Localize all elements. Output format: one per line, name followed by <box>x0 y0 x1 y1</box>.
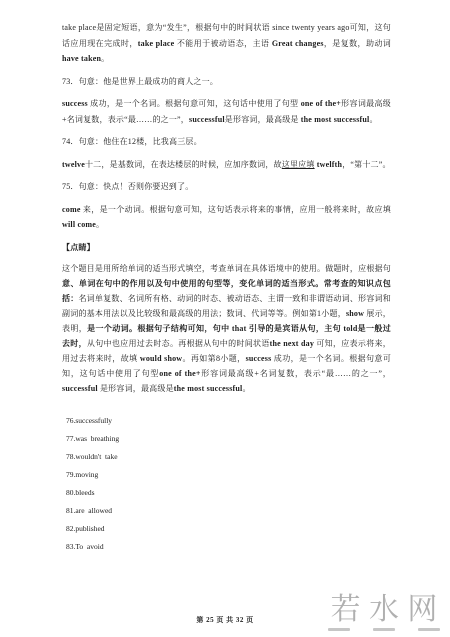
text-run: twelve <box>62 160 85 169</box>
text-run: 来，是一个动词。根据句意可知，这句话表示将来的事情，应用一般将来时，故应填 <box>83 205 391 214</box>
text-run: successful <box>62 384 98 393</box>
text-run: successful <box>189 115 225 124</box>
text-run: would show <box>140 354 182 363</box>
text-run: 。 <box>101 54 109 63</box>
text-run: 。 <box>96 220 104 229</box>
text-run: 是形容词，最高级是 <box>98 384 174 393</box>
text-run: come <box>62 205 83 214</box>
text-run: 。 <box>369 115 377 124</box>
watermark: 若 水 网 <box>324 594 444 631</box>
text-run: 十二，是基数词，在表达楼层的时候，应加序数词，故 <box>85 160 282 169</box>
text-run: success <box>246 354 272 363</box>
paragraph-takeplace-explanation: take place是固定短语，意为“发生”，根据句中的时间状语 since t… <box>62 20 391 67</box>
text-run: 这里应填 <box>282 160 315 169</box>
watermark-sub-mark <box>373 628 395 631</box>
answer-line-77: 77.was breathing <box>66 430 366 448</box>
text-run: success <box>62 99 90 108</box>
watermark-sub-mark <box>328 628 350 631</box>
answer-line-81: 81.are allowed <box>66 502 366 520</box>
answer-line-76: 76.successfully <box>66 412 366 430</box>
question-74-title: 74．句意：他住在12楼，比我高三层。 <box>62 134 391 150</box>
text-run: the most successful <box>174 384 243 393</box>
text-run: 形容词最高级+名词复数，表示“最……的之一”， <box>201 369 391 378</box>
answers-list: 76.successfully 77.was breathing 78.woul… <box>66 412 366 556</box>
question-75-title: 75．句意：快点！否则你要迟到了。 <box>62 179 391 195</box>
text-run: Great changes <box>272 39 324 48</box>
text-run: ，是复数，助动词 <box>324 39 391 48</box>
watermark-sub-mark <box>418 628 440 631</box>
watermark-text: 若 水 网 <box>324 594 444 626</box>
question-73-title: 73．句意：他是世界上最成功的商人之一。 <box>62 74 391 90</box>
question-74-explanation: twelve十二，是基数词，在表达楼层的时候，应加序数词，故这里应填 twelf… <box>62 157 391 173</box>
dianjing-section-header: 【点睛】 <box>62 240 391 256</box>
text-run: have taken <box>62 54 101 63</box>
answer-line-83: 83.To avoid <box>66 538 366 556</box>
answer-line-78: 78.wouldn't take <box>66 448 366 466</box>
text-run: 不能用于被动语态，主语 <box>177 39 272 48</box>
text-run: take place <box>138 39 177 48</box>
text-run: 这个题目是用所给单词的适当形式填空，考查单词在具体语境中的使用。做题时，应根据句 <box>62 264 391 273</box>
text-run: 是形容词，最高级是 <box>225 115 301 124</box>
document-content: take place是固定短语，意为“发生”，根据句中的时间状语 since t… <box>62 20 391 396</box>
question-75-explanation: come 来，是一个动词。根据句意可知，这句话表示将来的事情，应用一般将来时，故… <box>62 202 391 233</box>
watermark-subtext-marks <box>324 628 444 631</box>
text-run: 。 <box>242 384 250 393</box>
text-run: the most successful <box>301 115 370 124</box>
text-run: 从句中也应用过去时态。再根据从句中的时间状语 <box>87 339 270 348</box>
text-run: one of the+ <box>301 99 341 108</box>
text-run: ，“第十二”。 <box>342 160 391 169</box>
text-run: 。再如第8小题， <box>182 354 245 363</box>
answer-line-82: 82.published <box>66 520 366 538</box>
page-number-label: 第 25 页 共 32 页 <box>196 616 253 624</box>
text-run: will come <box>62 220 96 229</box>
text-run: 名词单复数、名词所有格、动词的时态、被动语态、主谓一致和非谓语动词、形容词和副词… <box>62 294 391 318</box>
text-run: twelfth <box>317 160 342 169</box>
text-run: show <box>346 309 364 318</box>
question-73-explanation: success 成功，是一个名词。根据句意可知，这句话中使用了句型 one of… <box>62 96 391 127</box>
text-run: one of the+ <box>159 369 200 378</box>
answer-line-79: 79.moving <box>66 466 366 484</box>
answer-line-80: 80.bleeds <box>66 484 366 502</box>
text-run: the next day <box>270 339 314 348</box>
text-run: 成功，是一个名词。根据句意可知，这句话中使用了句型 <box>90 99 301 108</box>
dianjing-section-body: 这个题目是用所给单词的适当形式填空，考查单词在具体语境中的使用。做题时，应根据句… <box>62 261 391 396</box>
document-page: take place是固定短语，意为“发生”，根据句中的时间状语 since t… <box>0 0 450 637</box>
